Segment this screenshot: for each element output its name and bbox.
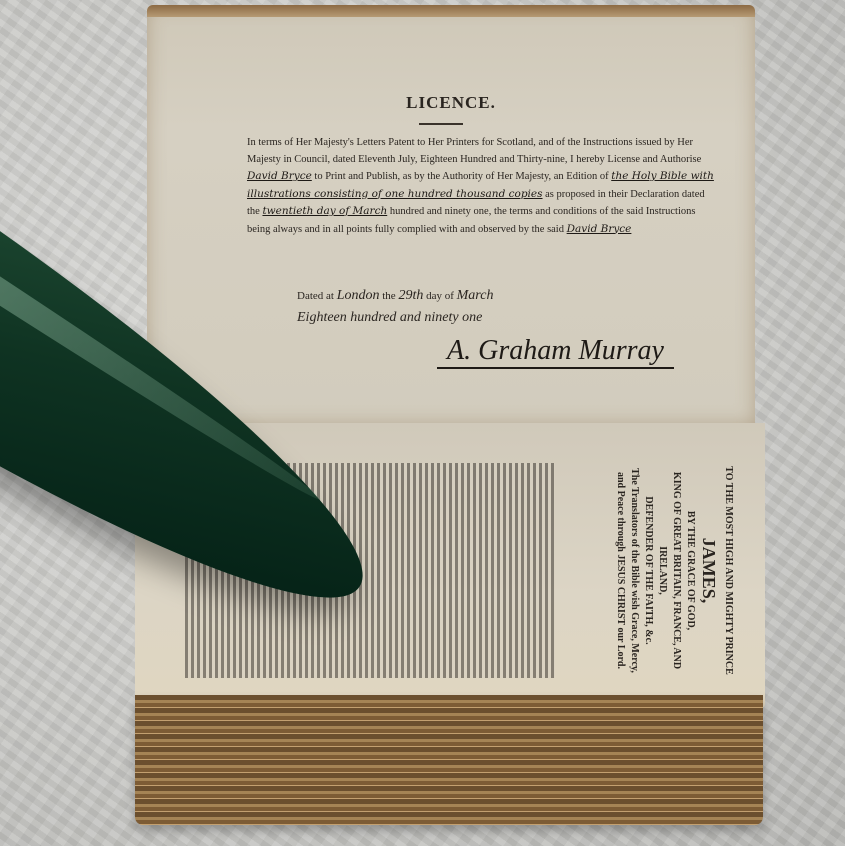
dedication-name: JAMES,	[697, 463, 721, 678]
page-edges	[135, 695, 763, 825]
page-top-edge	[147, 5, 755, 17]
dedication-line-1: TO THE MOST HIGH AND MIGHTY PRINCE	[721, 463, 735, 678]
dated-day: 29th	[398, 288, 423, 303]
dedication-line-2: BY THE GRACE OF GOD,	[683, 463, 697, 678]
licence-page: LICENCE. In terms of Her Majesty's Lette…	[147, 5, 755, 425]
day-of-label: day of	[426, 290, 454, 302]
licence-title: LICENCE.	[147, 93, 755, 113]
licence-line-2: to Print and Publish, as by the Authorit…	[314, 171, 608, 182]
dedication-rotated-text: TO THE MOST HIGH AND MIGHTY PRINCE JAMES…	[613, 463, 735, 678]
dedication-line-3: KING OF GREAT BRITAIN, FRANCE, AND IRELA…	[655, 463, 683, 678]
year-line: Eighteen hundred and ninety one	[297, 310, 482, 325]
licence-body: In terms of Her Majesty's Letters Patent…	[247, 135, 717, 238]
dedication-line-5: The Translators of the Bible wish Grace,…	[613, 463, 641, 678]
licensee-name-repeat: David Bryce	[567, 223, 632, 235]
licence-line-1: In terms of Her Majesty's Letters Patent…	[247, 137, 701, 165]
dedication-line-4: DEFENDER OF THE FAITH, &c.	[641, 463, 655, 678]
signature: A. Graham Murray	[437, 335, 674, 369]
dated-label: Dated at	[297, 290, 334, 302]
the-label: the	[382, 290, 395, 302]
licensee-name: David Bryce	[247, 170, 312, 182]
dedication-block: TO THE MOST HIGH AND MIGHTY PRINCE JAMES…	[575, 463, 735, 678]
dated-line: Dated at London the 29th day of March Ei…	[297, 285, 717, 329]
dated-place: London	[337, 288, 380, 303]
dated-month: March	[457, 288, 494, 303]
title-rule	[419, 123, 463, 125]
declaration-date: twentieth day of March	[262, 205, 387, 217]
